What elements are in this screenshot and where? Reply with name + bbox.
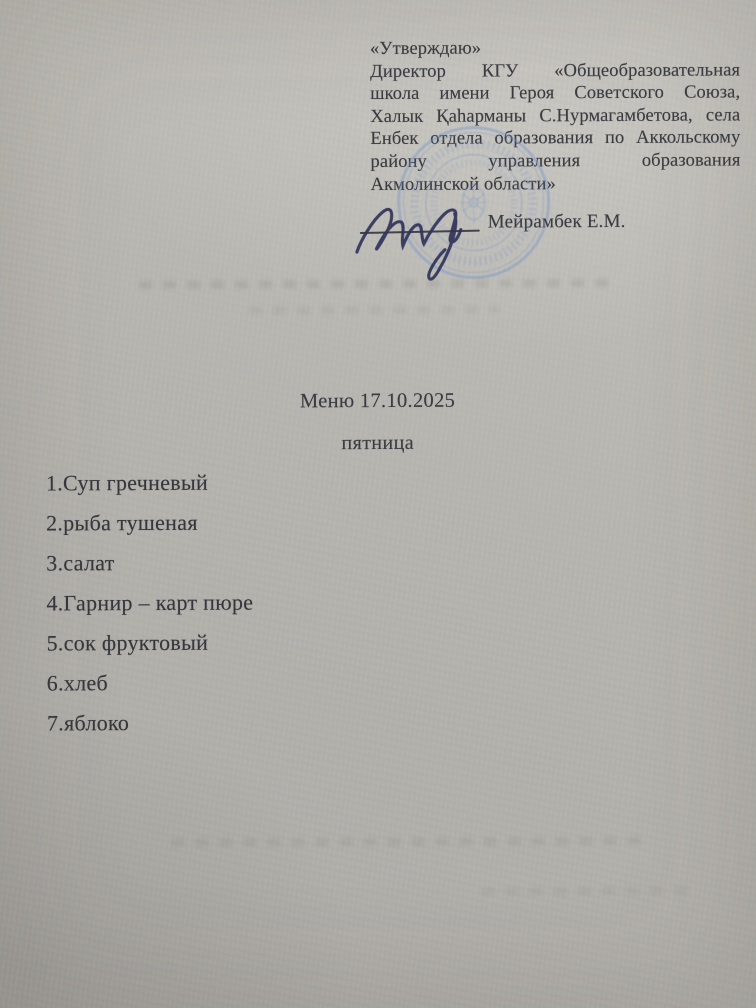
approval-line: школа имени Героя Советского Союза, (370, 82, 740, 106)
bleed-through-mark (171, 837, 641, 847)
menu-item: 4.Гарнир – карт пюре (46, 593, 253, 614)
menu-item: 7.яблоко (47, 713, 254, 734)
menu-item: 3.салат (46, 553, 253, 574)
menu-list: 1.Суп гречневый 2.рыба тушеная 3.салат 4… (46, 473, 254, 754)
menu-item: 1.Суп гречневый (46, 473, 253, 494)
approval-line: Директор КГУ «Общеобразовательная (370, 59, 740, 83)
document-photo: «Утверждаю» Директор КГУ «Общеобразовате… (0, 0, 756, 1008)
menu-item: 5.сок фруктовый (47, 633, 254, 654)
bleed-through-mark (482, 887, 692, 896)
bleed-through-mark (249, 305, 499, 314)
menu-item: 2.рыба тушеная (46, 513, 253, 534)
signature (351, 189, 497, 305)
approval-label: «Утверждаю» (370, 36, 740, 60)
paper-document: «Утверждаю» Директор КГУ «Общеобразовате… (0, 0, 756, 1008)
signer-name: Мейрамбек Е.М. (488, 211, 626, 234)
menu-item: 6.хлеб (47, 673, 254, 694)
menu-title: Меню 17.10.2025 (0, 388, 756, 414)
menu-day: пятница (0, 430, 756, 456)
